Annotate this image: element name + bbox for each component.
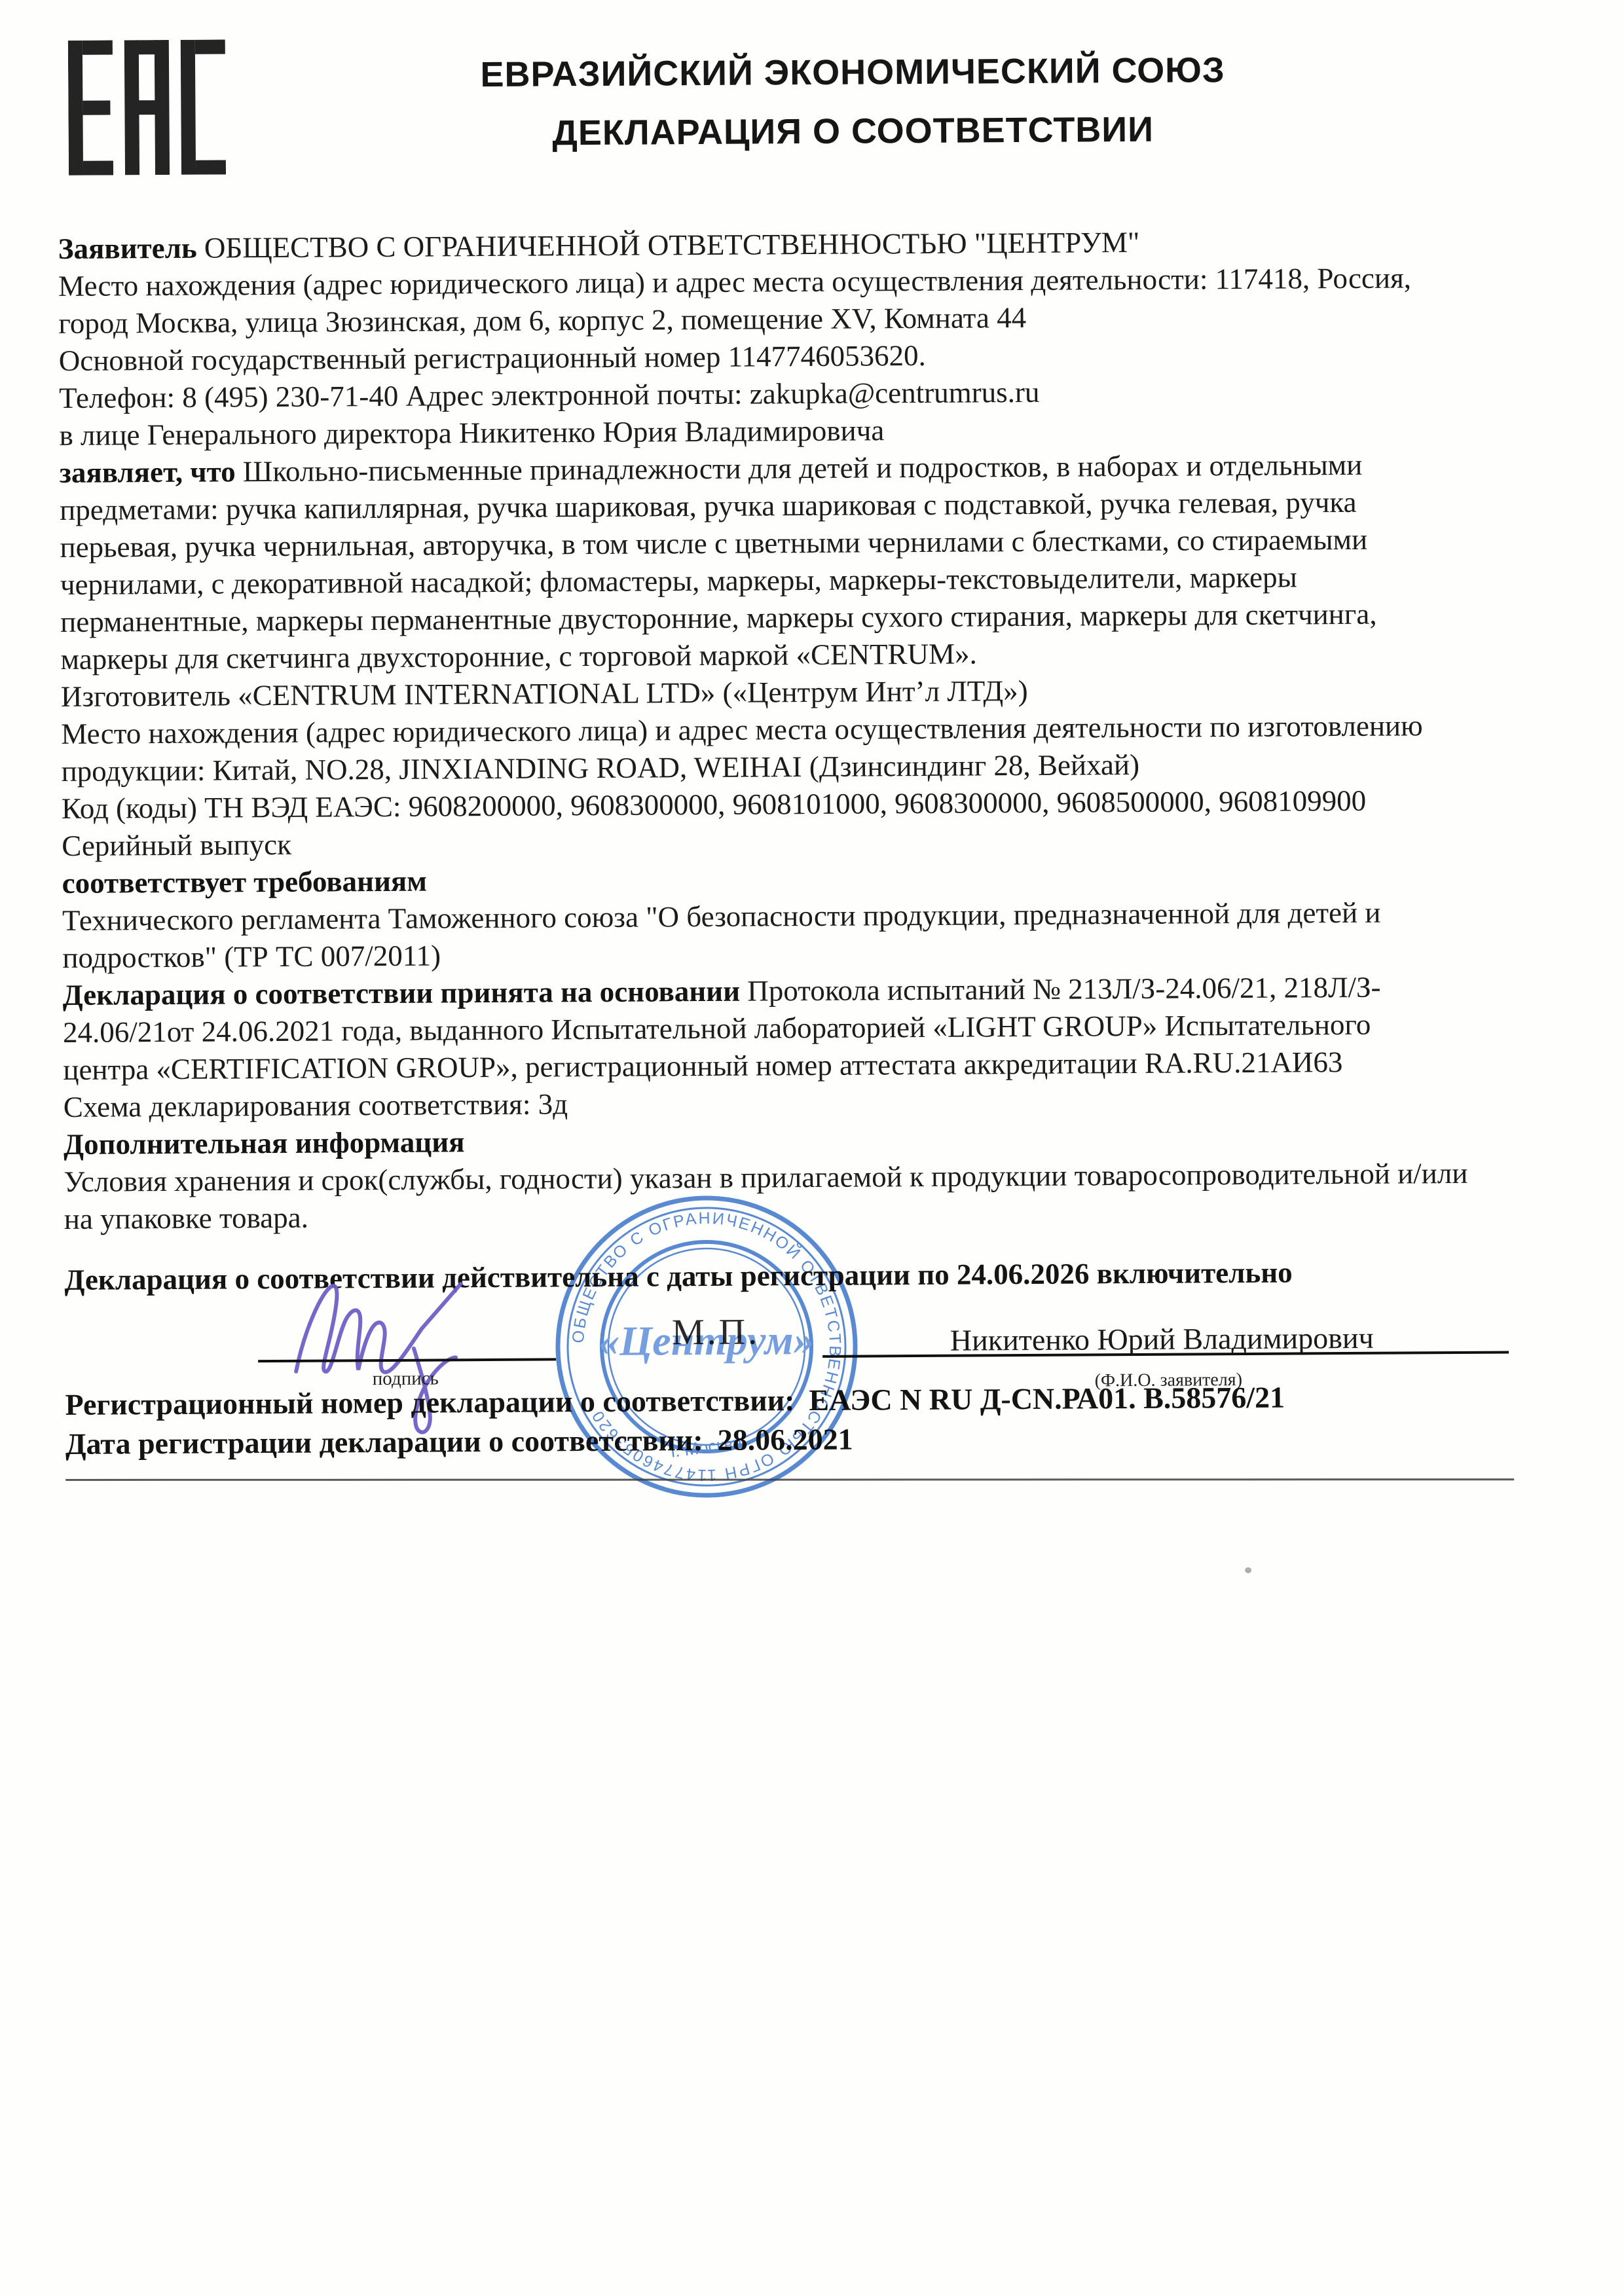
paragraph-manufacturer-address: Место нахождения (адрес юридического лиц… — [61, 706, 1532, 790]
company-stamp: ОБЩЕСТВО С ОГРАНИЧЕННОЙ ОТВЕТСТВЕННОСТЬЮ… — [549, 1189, 865, 1505]
scan-skew-wrapper: ЕВРАЗИЙСКИЙ ЭКОНОМИЧЕСКИЙ СОЮЗ ДЕКЛАРАЦИ… — [0, 0, 1624, 2296]
paragraph-applicant-address: Место нахождения (адрес юридического лиц… — [58, 259, 1529, 342]
paragraph-declaration-basis: Декларация о соответствии принята на осн… — [63, 968, 1534, 1089]
scan-speck — [1245, 1567, 1251, 1573]
title-line-1: ЕВРАЗИЙСКИЙ ЭКОНОМИЧЕСКИЙ СОЮЗ — [257, 39, 1449, 105]
stamp-center-text: «Центрум» — [599, 1317, 815, 1364]
paragraph-technical-regulation: Технического регламента Таможенного союз… — [62, 893, 1533, 977]
document-body: ЗаявительОБЩЕСТВО С ОГРАНИЧЕННОЙ ОТВЕТСТ… — [58, 221, 1535, 1299]
stamp-city-text: г. Москва — [670, 1432, 744, 1461]
title-line-2: ДЕКЛАРАЦИЯ О СООТВЕТСТВИИ — [257, 98, 1449, 164]
paragraph-product: заявляет, чтоШкольно-письменные принадле… — [60, 445, 1531, 678]
scan-artifact-line — [65, 1478, 1514, 1481]
registration-number-value: ЕАЭС N RU Д-CN.РА01. В.58576/21 — [809, 1381, 1285, 1417]
eac-mark-logo — [68, 39, 226, 175]
document-page: ЕВРАЗИЙСКИЙ ЭКОНОМИЧЕСКИЙ СОЮЗ ДЕКЛАРАЦИ… — [0, 0, 1624, 2296]
document-title: ЕВРАЗИЙСКИЙ ЭКОНОМИЧЕСКИЙ СОЮЗ ДЕКЛАРАЦИ… — [257, 39, 1449, 164]
signature-line — [258, 1358, 556, 1362]
